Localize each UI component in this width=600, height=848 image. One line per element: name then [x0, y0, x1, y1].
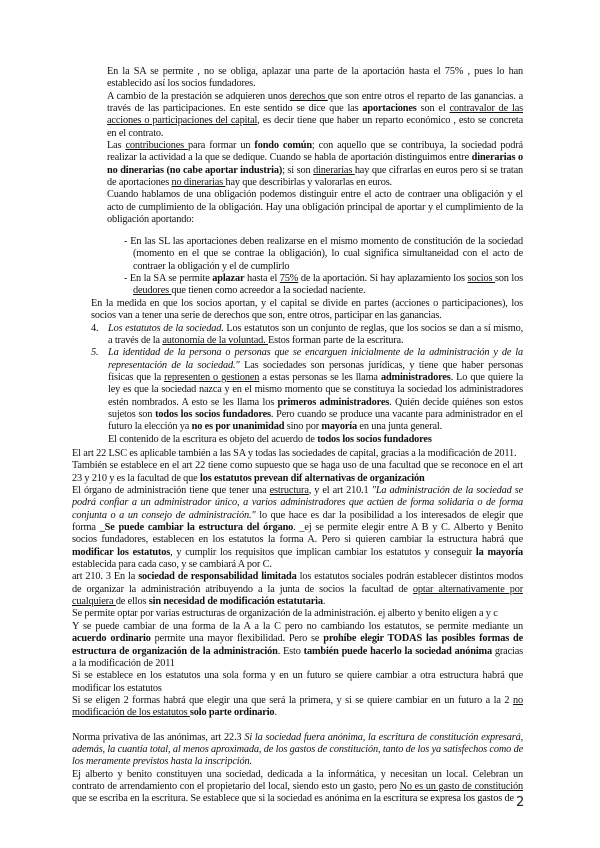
dash-item-sl: - En las SL las aportaciones deben reali… — [124, 236, 523, 273]
dash-list: - En las SL las aportaciones deben reali… — [124, 236, 523, 298]
spacer — [72, 720, 523, 732]
section-estatutos: En la medida en que los socios aportan, … — [91, 298, 523, 446]
paragraph-derechos: A cambio de la prestación se adquieren u… — [107, 91, 523, 140]
paragraph-ejemplo-local: Ej alberto y benito constituyen una soci… — [72, 769, 523, 806]
paragraph-art22: El art 22 LSC es aplicable también a las… — [72, 448, 523, 460]
section-aportaciones: En la SA se permite , no se obliga, apla… — [107, 66, 523, 226]
paragraph-aplazamiento: En la SA se permite , no se obliga, apla… — [107, 66, 523, 91]
paragraph-dos-formas: Si se eligen 2 formas habrá que elegir u… — [72, 695, 523, 720]
paragraph-medida: En la medida en que los socios aportan, … — [91, 298, 523, 323]
paragraph-norma-privativa: Norma privativa de las anónimas, art 22.… — [72, 732, 523, 769]
paragraph-contribuciones: Las contribuciones para formar un fondo … — [107, 140, 523, 189]
paragraph-varias-estructuras: Se permite optar por varias estructuras … — [72, 608, 523, 620]
paragraph-facultad: También se establece en el art 22 tiene … — [72, 460, 523, 485]
list-item-5: 5.La identidad de la persona o personas … — [91, 347, 523, 433]
paragraph-contenido-escritura: El contenido de la escritura es objeto d… — [91, 434, 523, 446]
paragraph-art210-1: El órgano de administración tiene que te… — [72, 485, 523, 571]
paragraph-art210-3: art 210. 3 En la sociedad de responsabil… — [72, 571, 523, 608]
page-number: 2 — [516, 795, 524, 810]
dash-item-sa: - En la SA se permite aplazar hasta el 7… — [124, 273, 523, 298]
document-page: En la SA se permite , no se obliga, apla… — [0, 0, 600, 848]
list-item-4: 4.Los estatutos de la sociedad. Los esta… — [91, 323, 523, 348]
paragraph-una-sola-forma: Si se establece en los estatutos una sol… — [72, 670, 523, 695]
paragraph-acuerdo-ordinario: Y se puede cambiar de una forma de la A … — [72, 621, 523, 670]
paragraph-obligacion: Cuando hablamos de una obligación podemo… — [107, 189, 523, 226]
section-organo-administracion: El art 22 LSC es aplicable también a las… — [72, 448, 523, 806]
